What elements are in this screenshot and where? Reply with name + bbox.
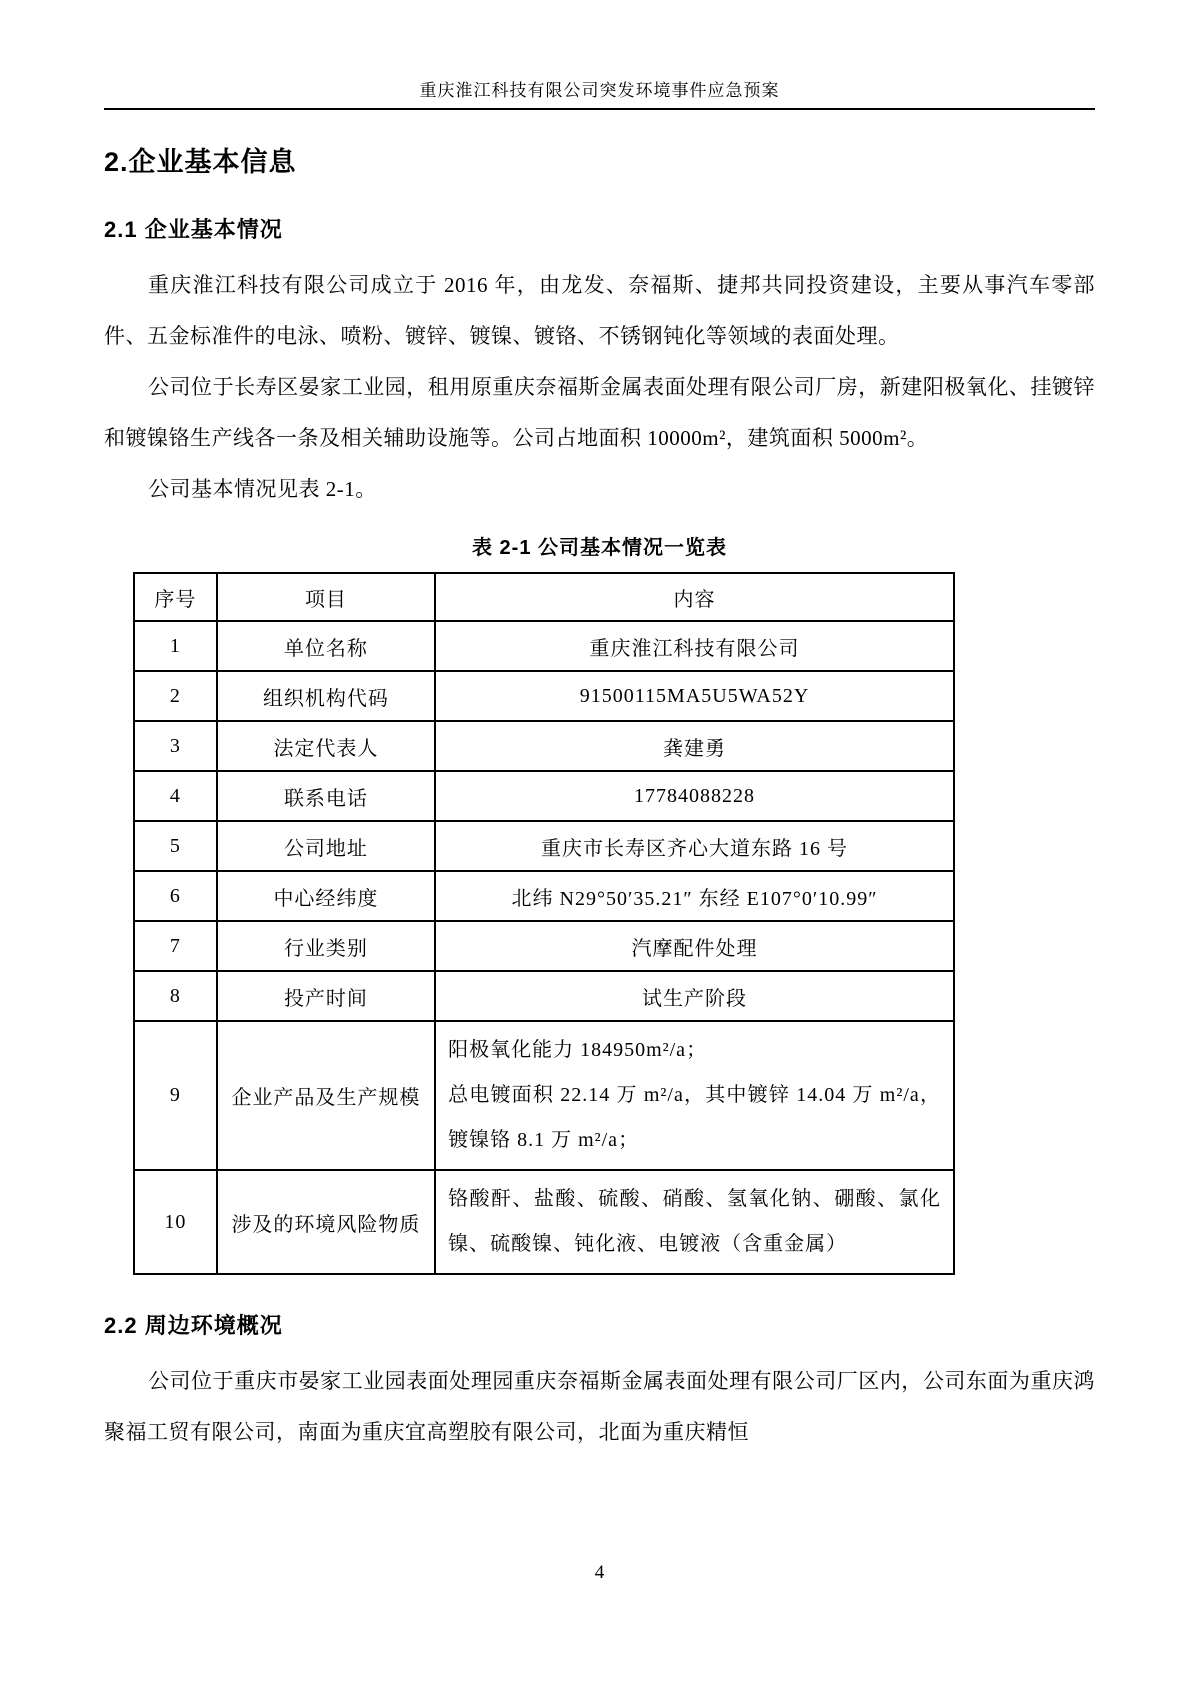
company-info-table: 序号 项目 内容 1 单位名称 重庆淮江科技有限公司 2 组织机构代码 9150… [133,572,955,1275]
row-no: 2 [134,671,217,721]
row-no: 6 [134,871,217,921]
row-item: 涉及的环境风险物质 [217,1170,435,1274]
row-item: 联系电话 [217,771,435,821]
table-row: 10 涉及的环境风险物质 铬酸酐、盐酸、硫酸、硝酸、氢氧化钠、硼酸、氯化镍、硫酸… [134,1170,954,1274]
table-row: 6 中心经纬度 北纬 N29°50′35.21″ 东经 E107°0′10.99… [134,871,954,921]
column-header-item: 项目 [217,573,435,621]
table-header-row: 序号 项目 内容 [134,573,954,621]
paragraph-company-intro: 重庆淮江科技有限公司成立于 2016 年，由龙发、奈福斯、捷邦共同投资建设，主要… [104,260,1095,362]
row-no: 4 [134,771,217,821]
row-content: 阳极氧化能力 184950m²/a； 总电镀面积 22.14 万 m²/a，其中… [435,1021,954,1170]
table-row: 5 公司地址 重庆市长寿区齐心大道东路 16 号 [134,821,954,871]
section-heading-2-2: 2.2 周边环境概况 [104,1309,1095,1340]
row-content-line: 总电镀面积 22.14 万 m²/a，其中镀锌 14.04 万 m²/a，镀镍铬… [448,1073,941,1163]
row-no: 5 [134,821,217,871]
column-header-content: 内容 [435,573,954,621]
row-content: 铬酸酐、盐酸、硫酸、硝酸、氢氧化钠、硼酸、氯化镍、硫酸镍、钝化液、电镀液（含重金… [435,1170,954,1274]
row-item: 投产时间 [217,971,435,1021]
row-no: 1 [134,621,217,671]
row-item: 企业产品及生产规模 [217,1021,435,1170]
row-content: 重庆市长寿区齐心大道东路 16 号 [435,821,954,871]
table-row: 7 行业类别 汽摩配件处理 [134,921,954,971]
row-content: 17784088228 [435,771,954,821]
row-item: 中心经纬度 [217,871,435,921]
row-content-line: 阳极氧化能力 184950m²/a； [448,1028,941,1073]
page-number: 4 [0,1562,1199,1584]
table-row: 9 企业产品及生产规模 阳极氧化能力 184950m²/a； 总电镀面积 22.… [134,1021,954,1170]
row-no: 3 [134,721,217,771]
row-no: 8 [134,971,217,1021]
table-row: 1 单位名称 重庆淮江科技有限公司 [134,621,954,671]
paragraph-table-reference: 公司基本情况见表 2-1。 [104,464,1095,515]
row-no: 9 [134,1021,217,1170]
row-content: 重庆淮江科技有限公司 [435,621,954,671]
page-header-title: 重庆淮江科技有限公司突发环境事件应急预案 [104,0,1095,110]
row-item: 行业类别 [217,921,435,971]
row-item: 单位名称 [217,621,435,671]
row-content: 试生产阶段 [435,971,954,1021]
row-item: 组织机构代码 [217,671,435,721]
row-content: 91500115MA5U5WA52Y [435,671,954,721]
row-no: 7 [134,921,217,971]
row-content: 龚建勇 [435,721,954,771]
paragraph-surroundings: 公司位于重庆市晏家工业园表面处理园重庆奈福斯金属表面处理有限公司厂区内，公司东面… [104,1356,1095,1458]
table-row: 3 法定代表人 龚建勇 [134,721,954,771]
paragraph-company-location: 公司位于长寿区晏家工业园，租用原重庆奈福斯金属表面处理有限公司厂房，新建阳极氧化… [104,362,1095,464]
table-2-1-title: 表 2-1 公司基本情况一览表 [104,531,1095,560]
row-item: 公司地址 [217,821,435,871]
section-heading-2: 2.企业基本信息 [104,140,1095,179]
row-content: 北纬 N29°50′35.21″ 东经 E107°0′10.99″ [435,871,954,921]
document-page: 重庆淮江科技有限公司突发环境事件应急预案 2.企业基本信息 2.1 企业基本情况… [0,0,1199,1458]
table-row: 8 投产时间 试生产阶段 [134,971,954,1021]
section-heading-2-1: 2.1 企业基本情况 [104,213,1095,244]
row-item: 法定代表人 [217,721,435,771]
table-row: 2 组织机构代码 91500115MA5U5WA52Y [134,671,954,721]
table-row: 4 联系电话 17784088228 [134,771,954,821]
column-header-no: 序号 [134,573,217,621]
row-no: 10 [134,1170,217,1274]
row-content: 汽摩配件处理 [435,921,954,971]
